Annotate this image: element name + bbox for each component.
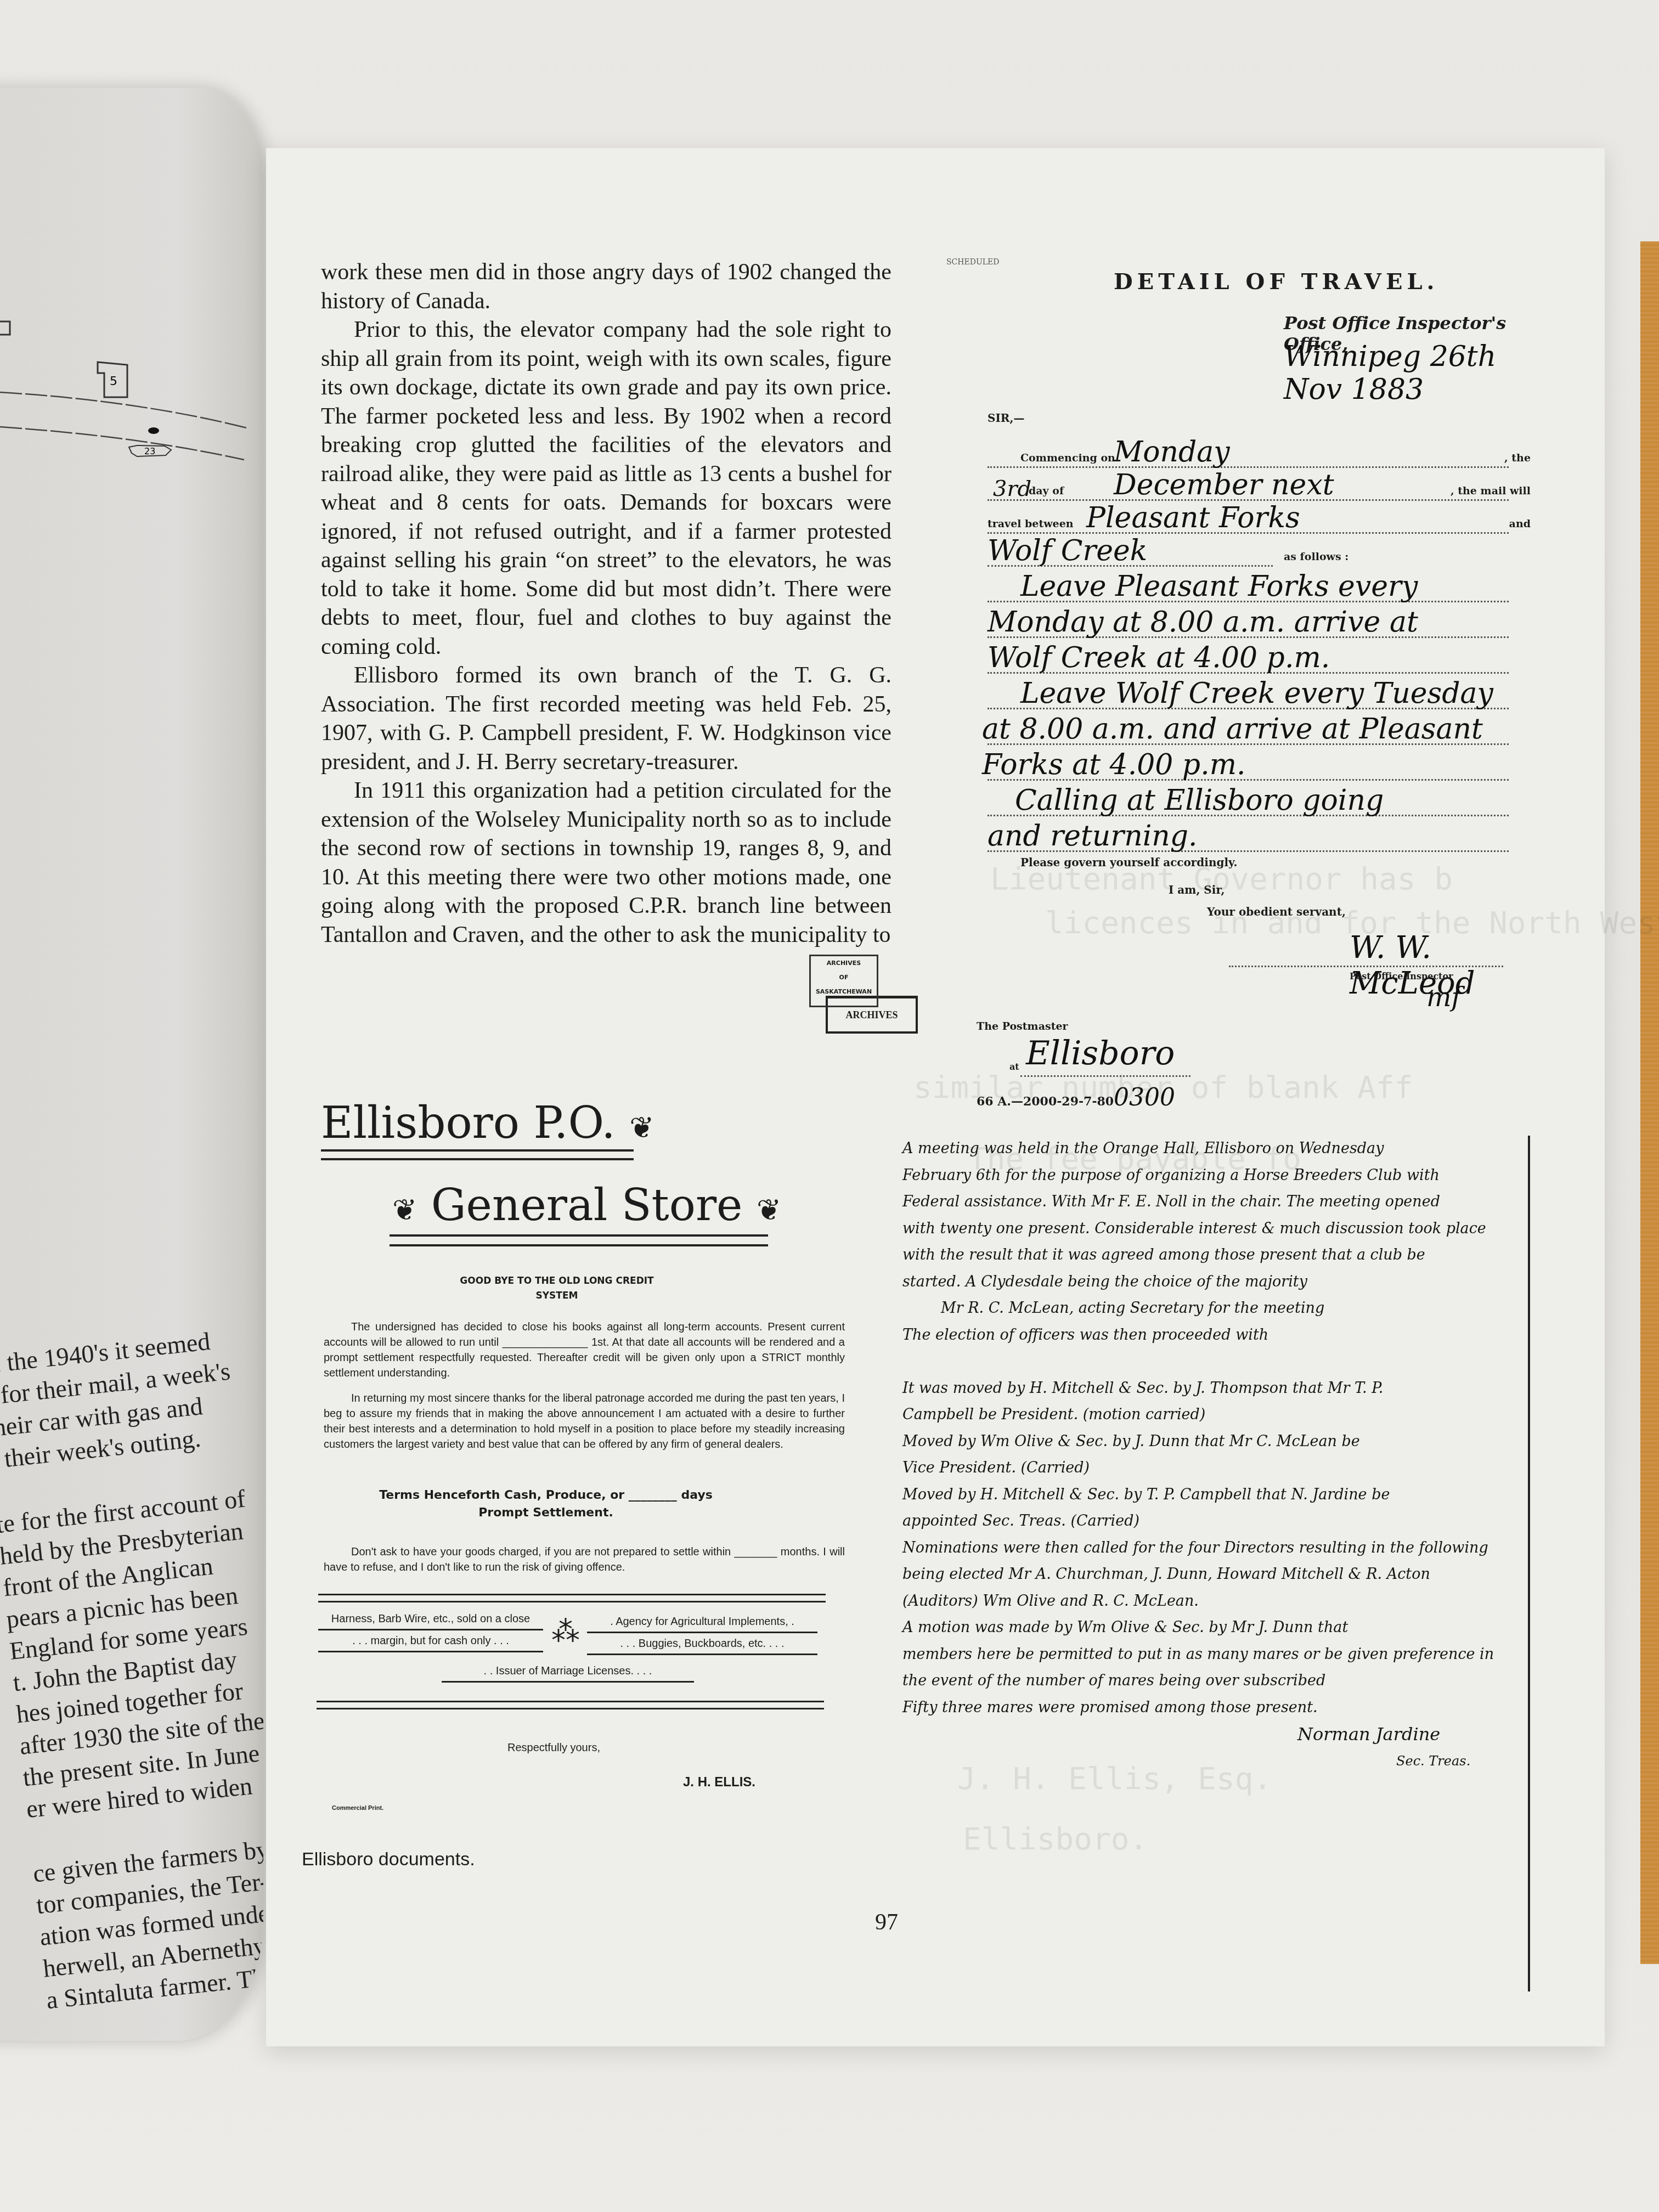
- schedule-line: Wolf Creek at 4.00 p.m.: [988, 639, 1509, 674]
- schedule-line: Forks at 4.00 p.m.: [988, 746, 1509, 781]
- initials: mf: [1426, 982, 1461, 1013]
- salutation: SIR,—: [988, 411, 1024, 425]
- minutes-line: (Auditors) Wm Olive and R. C. McLean.: [902, 1588, 1528, 1615]
- minutes-line: The election of officers was then procee…: [902, 1322, 1528, 1349]
- book-cover-edge: [1640, 241, 1659, 1964]
- handwritten-date: Winnipeg 26th Nov 1883: [1284, 340, 1525, 406]
- figure-caption: Ellisboro documents.: [302, 1849, 475, 1870]
- schedule-line: at 8.00 a.m. and arrive at Pleasant: [988, 710, 1509, 745]
- signature-line: [1229, 966, 1503, 967]
- minutes-line: A motion was made by Wm Olive & Sec. by …: [902, 1615, 1528, 1641]
- subheading: SYSTEM: [310, 1290, 804, 1301]
- book-page-97: similar number of blank Aff The fee paya…: [266, 148, 1605, 2046]
- service-item: . Agency for Agricultural Implements, .: [587, 1616, 817, 1633]
- destination-row: Wolf Creek as follows :: [988, 532, 1273, 567]
- minutes-line: [902, 1348, 1528, 1375]
- minutes-line: Moved by Wm Olive & Sec. by J. Dunn that…: [902, 1429, 1528, 1455]
- minutes-line: members here be permitted to put in as m…: [902, 1641, 1528, 1668]
- body-text-column: work these men did in those angry days o…: [321, 258, 891, 949]
- notice-paragraph: The undersigned has decided to close his…: [324, 1319, 845, 1381]
- facing-page-text: of the 1940's it seemed e for their mail…: [0, 1323, 263, 2016]
- secretary-signature: Norman Jardine: [902, 1721, 1528, 1748]
- ornament-icon: ❦: [629, 1110, 654, 1145]
- schedule-line: Monday at 8.00 a.m. arrive at: [988, 603, 1509, 638]
- service-item: . . . Buggies, Buckboards, etc. . . .: [587, 1638, 817, 1655]
- minutes-line: February 6th for the purpose of organizi…: [902, 1163, 1528, 1189]
- inspector-title: Post Office Inspector: [1350, 971, 1453, 981]
- notice-paragraph: Don't ask to have your goods charged, if…: [324, 1544, 845, 1575]
- svg-text:23: 23: [144, 446, 155, 456]
- facing-page-left: 5 23 of the 1940's it seemed e for their…: [0, 88, 263, 2041]
- postmaster-label: The Postmaster: [977, 1020, 1068, 1032]
- date-row: 3rd day of December next , the mail will: [988, 466, 1509, 501]
- schedule-line: Leave Pleasant Forks every: [988, 568, 1509, 602]
- archives-saskatchewan-stamp: ARCHIVES OF SASKATCHEWAN: [809, 955, 878, 1007]
- minutes-line: with the result that it was agreed among…: [902, 1242, 1528, 1269]
- commencing-row: Commencing on Monday , the: [988, 433, 1509, 468]
- minutes-line: the event of the number of mares being o…: [902, 1668, 1528, 1695]
- ornament-icon: ❦: [392, 1193, 417, 1227]
- terms-line: Prompt Settlement.: [310, 1504, 782, 1522]
- double-rule: [317, 1701, 824, 1709]
- minutes-line: Moved by H. Mitchell & Sec. by T. P. Cam…: [902, 1482, 1528, 1509]
- corner-stamp: SCHEDULED: [946, 258, 1000, 267]
- paragraph: In 1911 this organization had a petition…: [321, 776, 891, 949]
- double-rule: [390, 1234, 768, 1246]
- general-store-notice: Ellisboro P.O. ❦ ❦ General Store ❦ GOOD …: [310, 1086, 913, 1964]
- minutes-line: started. A Clydesdale being the choice o…: [902, 1269, 1528, 1296]
- ornament-icon: ❦: [757, 1193, 781, 1227]
- minutes-line: It was moved by H. Mitchell & Sec. by J.…: [902, 1375, 1528, 1402]
- minutes-line: Vice President. (Carried): [902, 1455, 1528, 1482]
- svg-text:5: 5: [110, 375, 117, 388]
- service-item: . . Issuer of Marriage Licenses. . . .: [442, 1665, 694, 1683]
- detail-of-travel-form: SCHEDULED DETAIL OF TRAVEL. Post Office …: [933, 252, 1525, 1119]
- minutes-line: with twenty one present. Considerable in…: [902, 1216, 1528, 1243]
- paragraph: Ellisboro formed its own branch of the T…: [321, 661, 891, 776]
- signer: J. H. ELLIS.: [683, 1775, 755, 1790]
- page-number: 97: [875, 1909, 898, 1936]
- minutes-line: Campbell be President. (motion carried): [902, 1402, 1528, 1429]
- minutes-line: A meeting was held in the Orange Hall, E…: [902, 1136, 1528, 1163]
- i-am-sir: I am, Sir,: [1169, 883, 1224, 896]
- asterism-icon: ⁂: [551, 1616, 580, 1649]
- notice-heading-po: Ellisboro P.O. ❦: [321, 1097, 654, 1148]
- notice-heading-store: ❦ General Store ❦: [392, 1180, 781, 1231]
- meeting-minutes: A meeting was held in the Orange Hall, E…: [902, 1136, 1530, 1991]
- double-rule: [321, 1149, 634, 1160]
- form-number: 66 A.—2000-29-7-80: [977, 1094, 1114, 1109]
- govern-line: Please govern yourself accordingly.: [1020, 856, 1237, 869]
- service-item: . . . margin, but for cash only . . .: [318, 1635, 543, 1652]
- handwritten-day: Monday: [1114, 436, 1230, 469]
- postmaster-location: Ellisboro: [1026, 1034, 1175, 1073]
- minutes-line: Nominations were then called for the fou…: [902, 1535, 1528, 1562]
- closing: Respectfully yours,: [507, 1742, 600, 1754]
- printer-credit: Commercial Print.: [332, 1805, 383, 1812]
- paragraph: work these men did in those angry days o…: [321, 258, 891, 315]
- map-fragment: 5 23: [0, 198, 263, 472]
- terms-line: Terms Henceforth Cash, Produce, or _____…: [310, 1487, 782, 1504]
- service-item: Harness, Barb Wire, etc., sold on a clos…: [318, 1613, 543, 1630]
- location-line: [1020, 1075, 1190, 1077]
- secretary-title: Sec. Treas.: [902, 1748, 1528, 1775]
- form-code: 0300: [1114, 1084, 1175, 1111]
- paragraph: Prior to this, the elevator company had …: [321, 315, 891, 661]
- travel-between-row: travel between Pleasant Forks and: [988, 499, 1509, 534]
- minutes-line: Mr R. C. McLean, acting Secretary for th…: [902, 1295, 1528, 1322]
- double-rule: [318, 1594, 826, 1602]
- minutes-line: Fifty three mares were promised among th…: [902, 1695, 1528, 1722]
- obedient-servant: Your obedient servant,: [1207, 905, 1346, 918]
- notice-paragraph: In returning my most sincere thanks for …: [324, 1391, 845, 1452]
- subheading: GOOD BYE TO THE OLD LONG CREDIT: [310, 1276, 804, 1286]
- schedule-line: Calling at Ellisboro going: [988, 782, 1509, 816]
- schedule-line: Leave Wolf Creek every Tuesday: [988, 675, 1509, 709]
- minutes-line: appointed Sec. Treas. (Carried): [902, 1508, 1528, 1535]
- schedule-line: and returning.: [988, 817, 1509, 852]
- minutes-line: Federal assistance. With Mr F. E. Noll i…: [902, 1189, 1528, 1216]
- form-title: DETAIL OF TRAVEL.: [1114, 269, 1438, 295]
- minutes-line: being elected Mr A. Churchman, J. Dunn, …: [902, 1561, 1528, 1588]
